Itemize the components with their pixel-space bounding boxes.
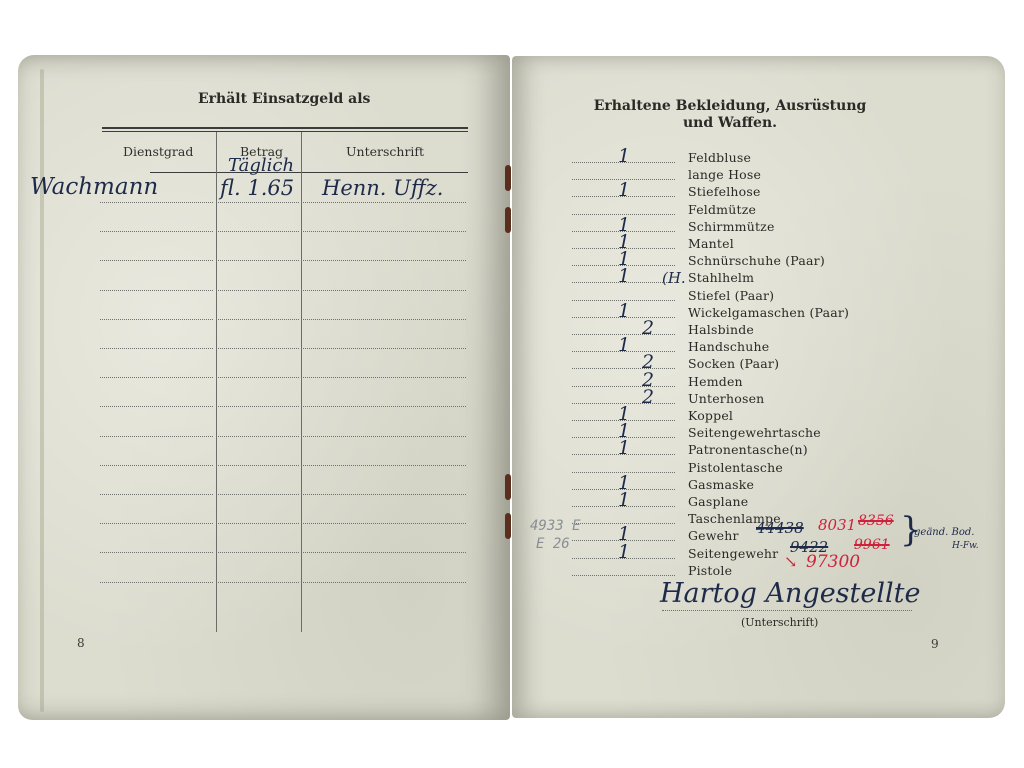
item-dotted-line (572, 386, 675, 387)
item-label: Mantel (688, 236, 734, 251)
pencil-note-1: 4933 E (530, 518, 581, 534)
item-label: Koppel (688, 408, 733, 423)
table-row-line (100, 465, 213, 466)
column-divider-2 (301, 132, 302, 632)
item-quantity: 1 (618, 300, 630, 322)
equipment-item: 1Koppel (572, 408, 872, 425)
table-row-line (218, 406, 299, 407)
item-label: Feldbluse (688, 150, 751, 165)
item-quantity: 2 (642, 317, 654, 339)
item-label: Socken (Paar) (688, 356, 779, 371)
item-note: (H. (662, 269, 686, 287)
item-label: Gewehr (688, 528, 739, 543)
equipment-item: 1Patronentasche(n) (572, 442, 872, 459)
item-quantity: 1 (618, 437, 630, 459)
seitengewehr-number-red-struck: 9961 (854, 537, 890, 553)
equipment-item: Pistolentasche (572, 460, 872, 477)
entry-betrag: fl. 1.65 (220, 176, 294, 200)
gewehr-number-red-struck: 8356 (858, 513, 894, 529)
item-label: Halsbinde (688, 322, 754, 337)
equipment-item: Stiefel (Paar) (572, 288, 872, 305)
table-row-line (218, 231, 299, 232)
table-row-line (218, 260, 299, 261)
equipment-item: 2Socken (Paar) (572, 356, 872, 373)
equipment-item: lange Hose (572, 167, 872, 184)
equipment-item: 1Schnürschuhe (Paar) (572, 253, 872, 270)
table-row-line (303, 348, 466, 349)
table-top-rule-thin (102, 131, 468, 132)
table-row-line (100, 377, 213, 378)
table-row-line (303, 290, 466, 291)
table-row-line (218, 377, 299, 378)
table-row-line (100, 260, 213, 261)
seitengewehr-number-new: 97300 (806, 552, 860, 572)
equipment-item: 1(H.Stahlhelm (572, 270, 872, 287)
item-label: Hemden (688, 374, 743, 389)
equipment-item: 2Hemden (572, 374, 872, 391)
table-row-line (218, 348, 299, 349)
pencil-note-2: E 26 (536, 536, 570, 552)
column-divider-1 (216, 132, 217, 632)
table-top-rule (102, 127, 468, 129)
right-title-line-1: Erhaltene Bekleidung, Ausrüstung (560, 98, 900, 115)
binding-stitch (505, 513, 511, 539)
table-row-line (100, 406, 213, 407)
item-label: Stiefel (Paar) (688, 288, 774, 303)
item-dotted-line (572, 575, 675, 576)
equipment-item: 1Mantel (572, 236, 872, 253)
equipment-item: 2Unterhosen (572, 391, 872, 408)
page-number-right: 9 (931, 637, 939, 651)
bracket-note-2: H-Fw. (952, 541, 979, 551)
item-quantity: 1 (618, 179, 630, 201)
table-row-line (303, 202, 466, 203)
arrow-icon: ↘ (784, 552, 797, 571)
item-label: Seitengewehr (688, 546, 778, 561)
item-label: Stiefelhose (688, 184, 761, 199)
table-row-line (100, 290, 213, 291)
item-dotted-line (572, 368, 675, 369)
table-row-line (100, 552, 213, 553)
table-row-line (303, 582, 466, 583)
table-row-line (218, 202, 299, 203)
table-row-line (218, 436, 299, 437)
table-row-line (100, 436, 213, 437)
bracket-note-1: geänd. Bod. (914, 527, 974, 538)
right-page-title: Erhaltene Bekleidung, Ausrüstung und Waf… (560, 98, 900, 132)
table-row-line (100, 348, 213, 349)
item-label: Schirmmütze (688, 219, 775, 234)
equipment-item: 1Stiefelhose (572, 184, 872, 201)
table-row-line (303, 465, 466, 466)
table-row-line (218, 552, 299, 553)
open-booklet: Erhält Einsatzgeld als Dienstgrad Betrag… (0, 0, 1024, 768)
table-row-line (218, 582, 299, 583)
item-quantity: 1 (618, 265, 630, 287)
column-header-dienstgrad: Dienstgrad (123, 144, 193, 159)
table-row-line (100, 494, 213, 495)
table-row-line (100, 582, 213, 583)
page-number-left: 8 (77, 636, 85, 650)
table-row-line (303, 436, 466, 437)
table-row-line (218, 319, 299, 320)
table-row-line (303, 552, 466, 553)
binding-stitch (505, 474, 511, 500)
binding-stitch (505, 207, 511, 233)
item-quantity: 1 (618, 145, 630, 167)
table-row-line (218, 523, 299, 524)
entry-dienstgrad: Wachmann (30, 174, 158, 200)
table-row-line (218, 465, 299, 466)
equipment-item: 1Wickelgamaschen (Paar) (572, 305, 872, 322)
entry-unterschrift: Henn. Uffz. (322, 176, 443, 200)
table-row-line (303, 523, 466, 524)
table-row-line (303, 377, 466, 378)
right-title-line-2: und Waffen. (560, 115, 900, 132)
header-bottom-rule (150, 172, 468, 173)
table-row-line (303, 494, 466, 495)
item-label: Wickelgamaschen (Paar) (688, 305, 849, 320)
equipment-item: 1Handschuhe (572, 339, 872, 356)
item-quantity: 1 (618, 489, 630, 511)
equipment-item: 1Seitengewehrtasche (572, 425, 872, 442)
binding-stitch (505, 165, 511, 191)
table-row-line (303, 231, 466, 232)
left-page-title: Erhält Einsatzgeld als (198, 91, 370, 107)
table-row-line (303, 406, 466, 407)
table-row-line (100, 523, 213, 524)
equipment-item: 1Gasplane (572, 494, 872, 511)
item-label: Patronentasche(n) (688, 442, 808, 457)
item-label: Gasmaske (688, 477, 754, 492)
table-row-line (303, 260, 466, 261)
equipment-item: 1Schirmmütze (572, 219, 872, 236)
signature: Hartog Angestellte (660, 578, 920, 609)
equipment-item: 1Feldbluse (572, 150, 872, 167)
equipment-item: 2Halsbinde (572, 322, 872, 339)
table-row-line (303, 319, 466, 320)
table-row-line (218, 290, 299, 291)
table-row-line (100, 231, 213, 232)
signature-line (662, 610, 912, 611)
item-label: Unterhosen (688, 391, 764, 406)
signature-caption: (Unterschrift) (741, 616, 818, 629)
item-label: Handschuhe (688, 339, 769, 354)
item-label: lange Hose (688, 167, 761, 182)
item-quantity: 1 (618, 334, 630, 356)
gewehr-number-red: 8031 (818, 516, 856, 534)
equipment-item: 1Gasmaske (572, 477, 872, 494)
item-label: Gasplane (688, 494, 748, 509)
table-row-line (100, 202, 213, 203)
item-label: Seitengewehrtasche (688, 425, 821, 440)
column-header-unterschrift: Unterschrift (346, 144, 424, 159)
equipment-item: Feldmütze (572, 202, 872, 219)
table-row-line (100, 319, 213, 320)
item-label: Schnürschuhe (Paar) (688, 253, 825, 268)
item-label: Pistolentasche (688, 460, 783, 475)
item-quantity: 2 (642, 386, 654, 408)
table-row-line (218, 494, 299, 495)
gewehr-number-struck: 44438 (756, 519, 804, 537)
item-label: Feldmütze (688, 202, 756, 217)
item-quantity: 1 (618, 541, 630, 563)
item-label: Pistole (688, 563, 732, 578)
item-label: Stahlhelm (688, 270, 754, 285)
